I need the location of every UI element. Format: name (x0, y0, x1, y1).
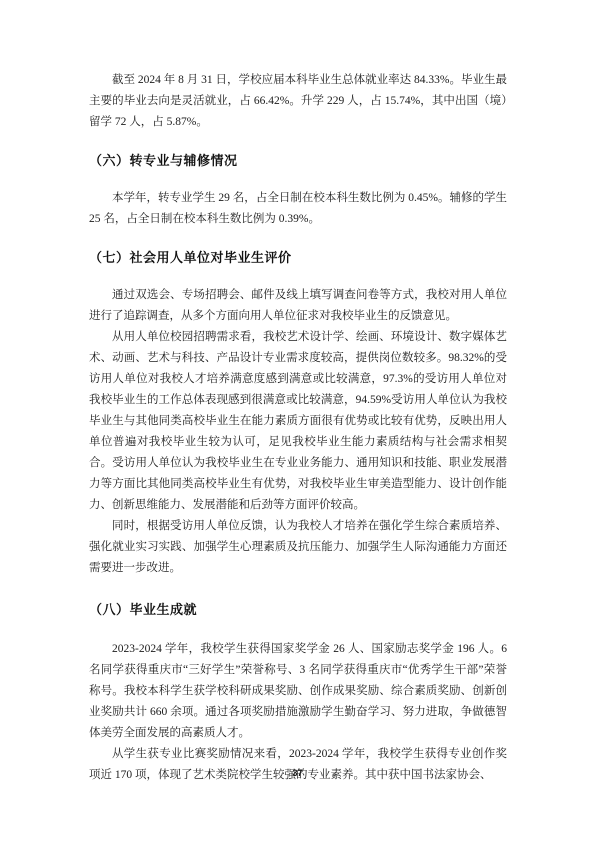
page-content: 截至 2024 年 8 月 31 日，学校应届本科毕业生总体就业率达 84.33… (89, 70, 507, 786)
page-number: 37 (0, 768, 595, 778)
paragraph-student-awards: 2023-2024 学年，我校学生获得国家奖学金 26 人、国家励志奖学金 19… (89, 639, 507, 744)
paragraph-improvement-feedback: 同时，根据受访用人单位反馈，认为我校人才培养在强化学生综合素质培养、强化就业实习… (89, 516, 507, 579)
paragraph-transfer-and-minor: 本学年，转专业学生 29 名，占全日制在校本科生数比例为 0.45%。辅修的学生… (89, 188, 507, 230)
section-seven-heading: （七）社会用人单位对毕业生评价 (89, 247, 507, 269)
paragraph-survey-method: 通过双选会、专场招聘会、邮件及线上填写调查问卷等方式，我校对用人单位进行了追踪调… (89, 285, 507, 327)
document-page: 截至 2024 年 8 月 31 日，学校应届本科毕业生总体就业率达 84.33… (0, 0, 595, 842)
section-six-heading: （六）转专业与辅修情况 (89, 150, 507, 172)
paragraph-employer-satisfaction: 从用人单位校园招聘需求看，我校艺术设计学、绘画、环境设计、数字媒体艺术、动画、艺… (89, 327, 507, 516)
paragraph-graduate-employment: 截至 2024 年 8 月 31 日，学校应届本科毕业生总体就业率达 84.33… (89, 70, 507, 133)
section-eight-heading: （八）毕业生成就 (89, 599, 507, 621)
paragraph-competition-awards: 从学生获专业比赛奖励情况来看，2023-2024 学年，我校学生获得专业创作奖项… (89, 744, 507, 786)
